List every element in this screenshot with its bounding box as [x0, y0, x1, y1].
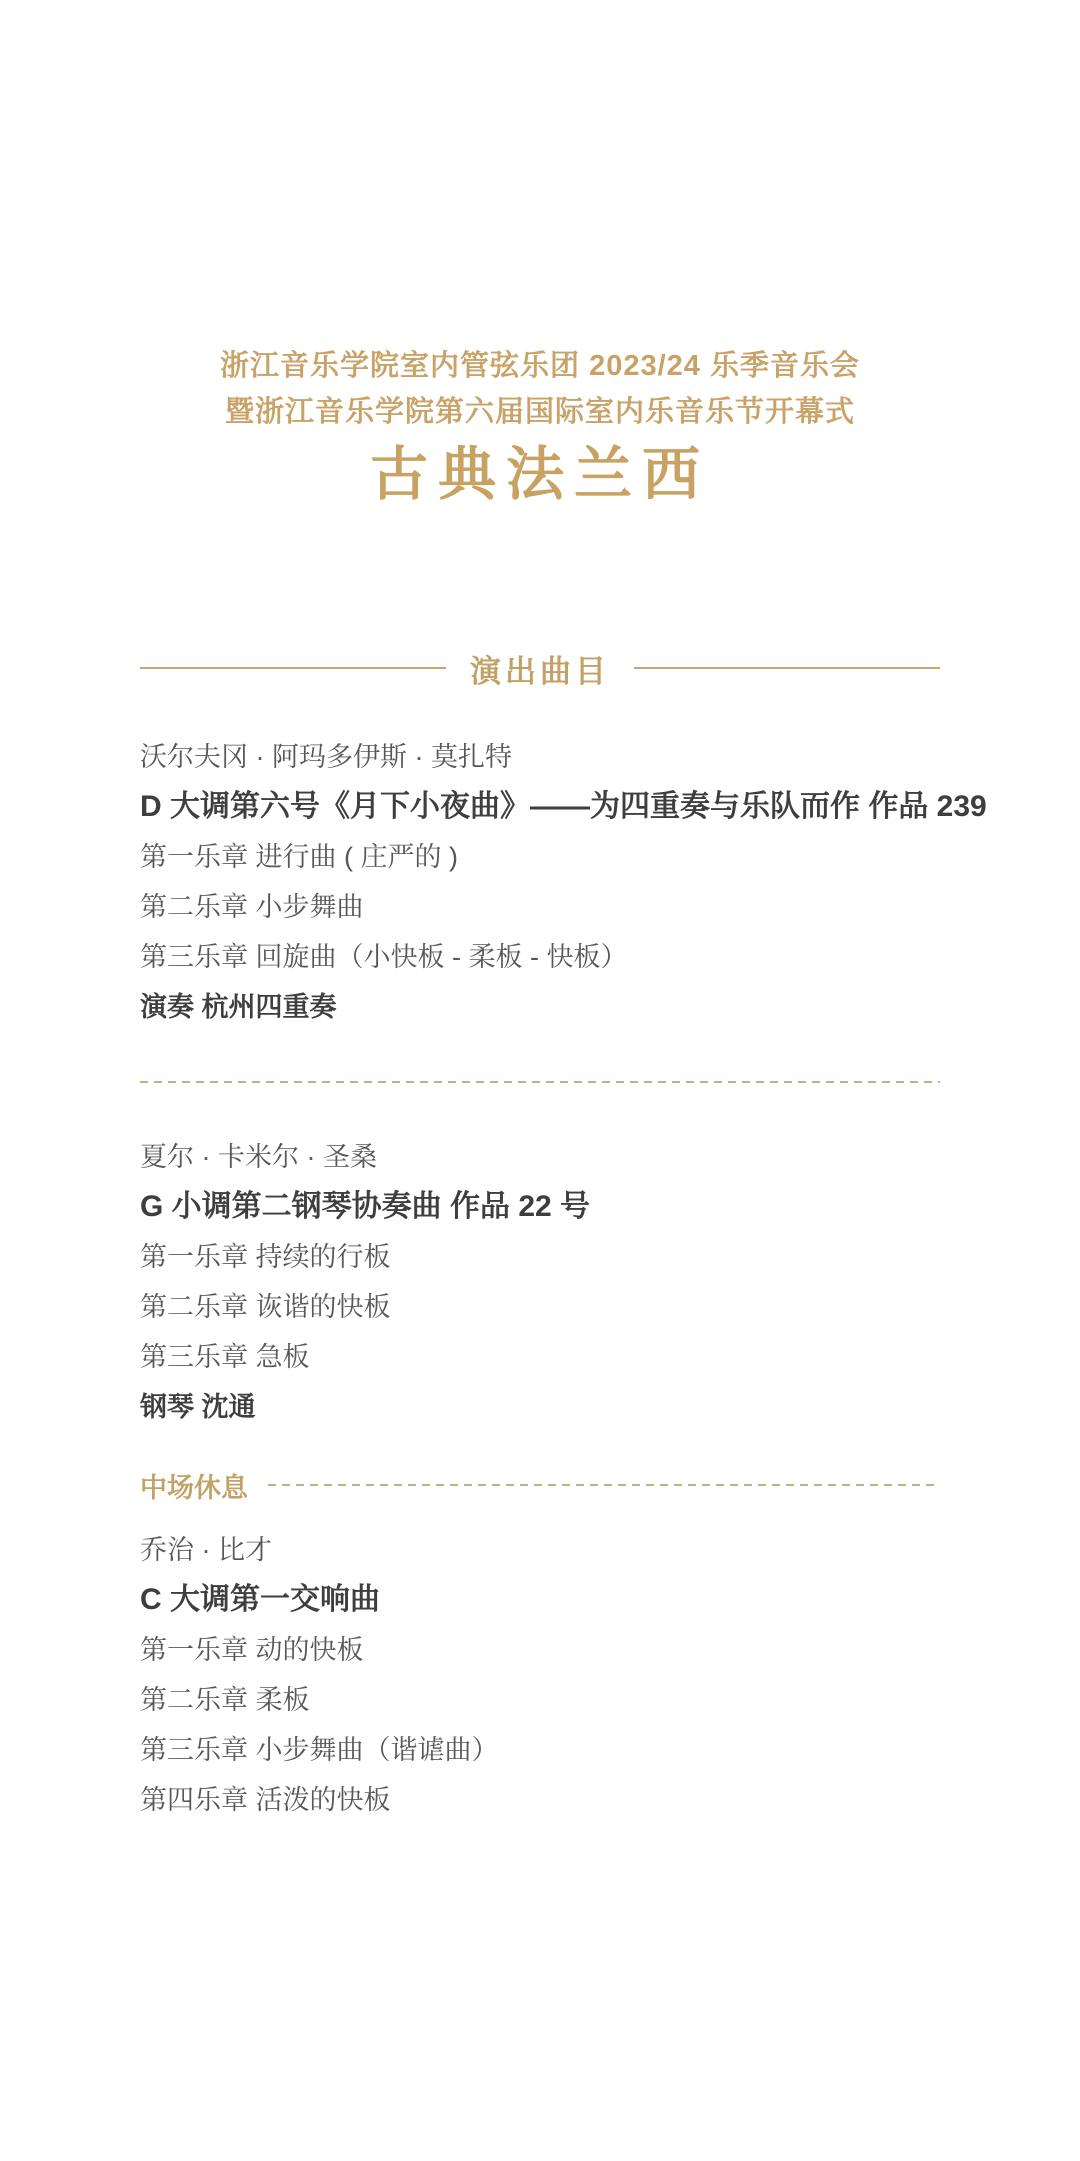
composer-name: 夏尔 · 卡米尔 · 圣桑 [140, 1137, 940, 1177]
movement-line: 第三乐章 小步舞曲（谐谑曲） [140, 1730, 940, 1770]
movement-line: 第一乐章 进行曲 ( 庄严的 ) [140, 837, 940, 877]
performer-line: 演奏 杭州四重奏 [140, 987, 940, 1027]
program-piece: 夏尔 · 卡米尔 · 圣桑 G 小调第二钢琴协奏曲 作品 22 号 第一乐章 持… [140, 1137, 940, 1427]
movement-line: 第二乐章 小步舞曲 [140, 887, 940, 927]
concert-program-page: 浙江音乐学院室内管弦乐团 2023/24 乐季音乐会 暨浙江音乐学院第六届国际室… [0, 0, 1080, 2161]
intermission-label: 中场休息 [140, 1466, 248, 1505]
header-subtitle-line2: 暨浙江音乐学院第六届国际室内乐音乐节开幕式 [140, 392, 940, 432]
program-section-divider: 演出曲目 [140, 651, 940, 685]
program-section-title: 演出曲目 [470, 646, 610, 691]
intermission-dashed-line [268, 1484, 940, 1486]
composer-name: 乔治 · 比才 [140, 1530, 940, 1570]
divider-rule-left [140, 667, 446, 669]
movement-line: 第一乐章 动的快板 [140, 1630, 940, 1670]
piece-dashed-divider [140, 1081, 940, 1083]
piece-title: G 小调第二钢琴协奏曲 作品 22 号 [140, 1187, 940, 1227]
intermission-row: 中场休息 [140, 1465, 940, 1505]
divider-rule-right [634, 667, 940, 669]
concert-main-title: 古典法兰西 [140, 442, 940, 506]
movement-line: 第二乐章 诙谐的快板 [140, 1287, 940, 1327]
movement-line: 第四乐章 活泼的快板 [140, 1780, 940, 1820]
performer-line: 钢琴 沈通 [140, 1387, 940, 1427]
composer-name: 沃尔夫冈 · 阿玛多伊斯 · 莫扎特 [140, 737, 940, 777]
program-piece: 沃尔夫冈 · 阿玛多伊斯 · 莫扎特 D 大调第六号《月下小夜曲》——为四重奏与… [140, 737, 940, 1027]
piece-title: D 大调第六号《月下小夜曲》——为四重奏与乐队而作 作品 239 [140, 787, 940, 827]
movement-line: 第二乐章 柔板 [140, 1680, 940, 1720]
header-subtitle-line1: 浙江音乐学院室内管弦乐团 2023/24 乐季音乐会 [140, 346, 940, 386]
content-column: 浙江音乐学院室内管弦乐团 2023/24 乐季音乐会 暨浙江音乐学院第六届国际室… [0, 0, 1080, 1820]
header: 浙江音乐学院室内管弦乐团 2023/24 乐季音乐会 暨浙江音乐学院第六届国际室… [140, 346, 940, 506]
movement-line: 第一乐章 持续的行板 [140, 1237, 940, 1277]
movement-line: 第三乐章 回旋曲（小快板 - 柔板 - 快板） [140, 937, 940, 977]
movement-line: 第三乐章 急板 [140, 1337, 940, 1377]
piece-title: C 大调第一交响曲 [140, 1580, 940, 1620]
program-piece: 乔治 · 比才 C 大调第一交响曲 第一乐章 动的快板 第二乐章 柔板 第三乐章… [140, 1530, 940, 1820]
